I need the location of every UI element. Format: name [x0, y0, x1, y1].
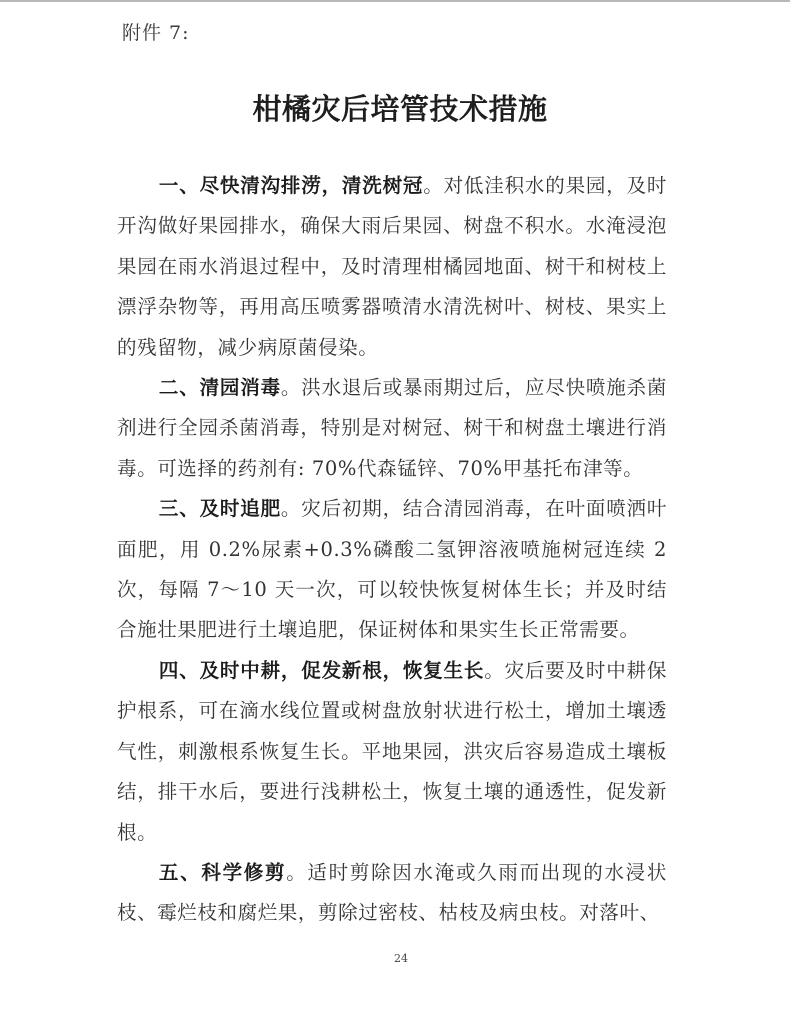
- section-2-heading: 二、清园消毒: [159, 376, 281, 399]
- section-3-heading: 三、及时追肥: [159, 497, 281, 520]
- page-number: 24: [0, 952, 790, 965]
- document-body: 一、尽快清沟排涝，清洗树冠。对低洼积水的果园，及时开沟做好果园排水，确保大雨后果…: [117, 166, 667, 934]
- section-4-text: 。灾后要及时中耕保护根系，可在滴水线位置或树盘放射状进行松土，增加土壤透气性，刺…: [117, 659, 667, 844]
- section-5: 五、科学修剪。适时剪除因水淹或久雨而出现的水浸状枝、霉烂枝和腐烂果，剪除过密枝、…: [117, 853, 667, 934]
- document-title: 柑橘灾后培管技术措施: [0, 87, 790, 128]
- section-5-heading: 五、科学修剪: [159, 861, 286, 884]
- section-4: 四、及时中耕，促发新根，恢复生长。灾后要及时中耕保护根系，可在滴水线位置或树盘放…: [117, 651, 667, 853]
- section-2: 二、清园消毒。洪水退后或暴雨期过后，应尽快喷施杀菌剂进行全园杀菌消毒，特别是对树…: [117, 368, 667, 489]
- section-4-heading: 四、及时中耕，促发新根，恢复生长: [159, 659, 484, 682]
- section-3: 三、及时追肥。灾后初期，结合清园消毒，在叶面喷洒叶面肥，用 0.2%尿素+0.3…: [117, 489, 667, 651]
- section-1-text: 。对低洼积水的果园，及时开沟做好果园排水，确保大雨后果园、树盘不积水。水淹浸泡果…: [117, 174, 667, 359]
- page-top-edge: [0, 0, 790, 2]
- section-1-heading: 一、尽快清沟排涝，清洗树冠: [159, 174, 423, 197]
- section-1: 一、尽快清沟排涝，清洗树冠。对低洼积水的果园，及时开沟做好果园排水，确保大雨后果…: [117, 166, 667, 368]
- attachment-label: 附件 7:: [122, 18, 190, 45]
